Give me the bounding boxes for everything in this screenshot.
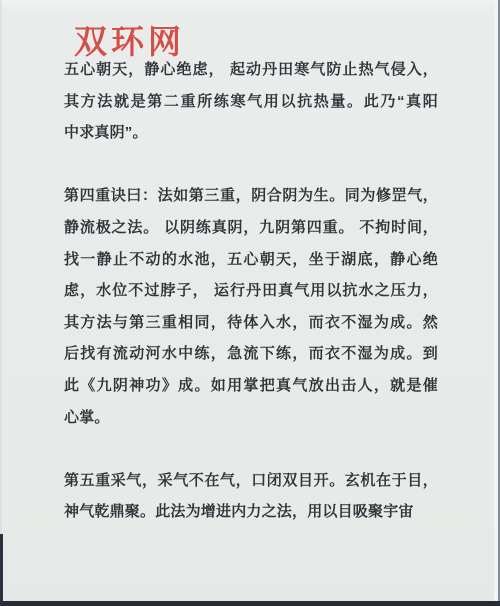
text-line: 虑，水位不过脖子， 运行丹田真气用以抗水之压力， bbox=[64, 275, 438, 307]
bottom-edge-bar bbox=[0, 601, 500, 606]
text-line: 此《九阴神功》成。如用掌把真气放出击人，就是催 bbox=[64, 370, 438, 402]
paragraph-3: 第五重采气，采气不在气，口闭双目开。玄机在于目， 神气乾鼎聚。此法为增进内力之法… bbox=[64, 465, 438, 528]
text-line: 心掌。 bbox=[64, 402, 438, 434]
text-line: 找一静止不动的水池，五心朝天，坐于湖底，静心绝 bbox=[64, 244, 438, 276]
document-body: 五心朝天，静心绝虑， 起动丹田寒气防止热气侵入， 其方法就是第二重所练寒气用以抗… bbox=[64, 54, 438, 528]
text-line: 第四重诀曰：法如第三重，阴合阴为生。同为修罡气， bbox=[64, 180, 438, 212]
page-root: 双环网 五心朝天，静心绝虑， 起动丹田寒气防止热气侵入， 其方法就是第二重所练寒… bbox=[0, 0, 500, 606]
paragraph-2: 第四重诀曰：法如第三重，阴合阴为生。同为修罡气， 静流极之法。 以阴练真阴，九阴… bbox=[64, 180, 438, 433]
left-edge-line bbox=[0, 0, 2, 606]
text-line: 神气乾鼎聚。此法为增进内力之法，用以目吸聚宇宙 bbox=[64, 496, 438, 528]
text-line: 第五重采气，采气不在气，口闭双目开。玄机在于目， bbox=[64, 465, 438, 497]
text-line: 静流极之法。 以阴练真阴，九阴第四重。 不拘时间， bbox=[64, 212, 438, 244]
left-corner-bar bbox=[0, 534, 3, 606]
text-line: 中求真阴”。 bbox=[64, 117, 438, 149]
text-line: 后找有流动河水中练，急流下练，而衣不湿为成。到 bbox=[64, 338, 438, 370]
text-line: 其方法就是第二重所练寒气用以抗热量。此乃“真阳 bbox=[64, 86, 438, 118]
text-line: 五心朝天，静心绝虑， 起动丹田寒气防止热气侵入， bbox=[64, 54, 438, 86]
paragraph-1: 五心朝天，静心绝虑， 起动丹田寒气防止热气侵入， 其方法就是第二重所练寒气用以抗… bbox=[64, 54, 438, 149]
text-line: 其方法与第三重相同，待体入水，而衣不湿为成。然 bbox=[64, 307, 438, 339]
